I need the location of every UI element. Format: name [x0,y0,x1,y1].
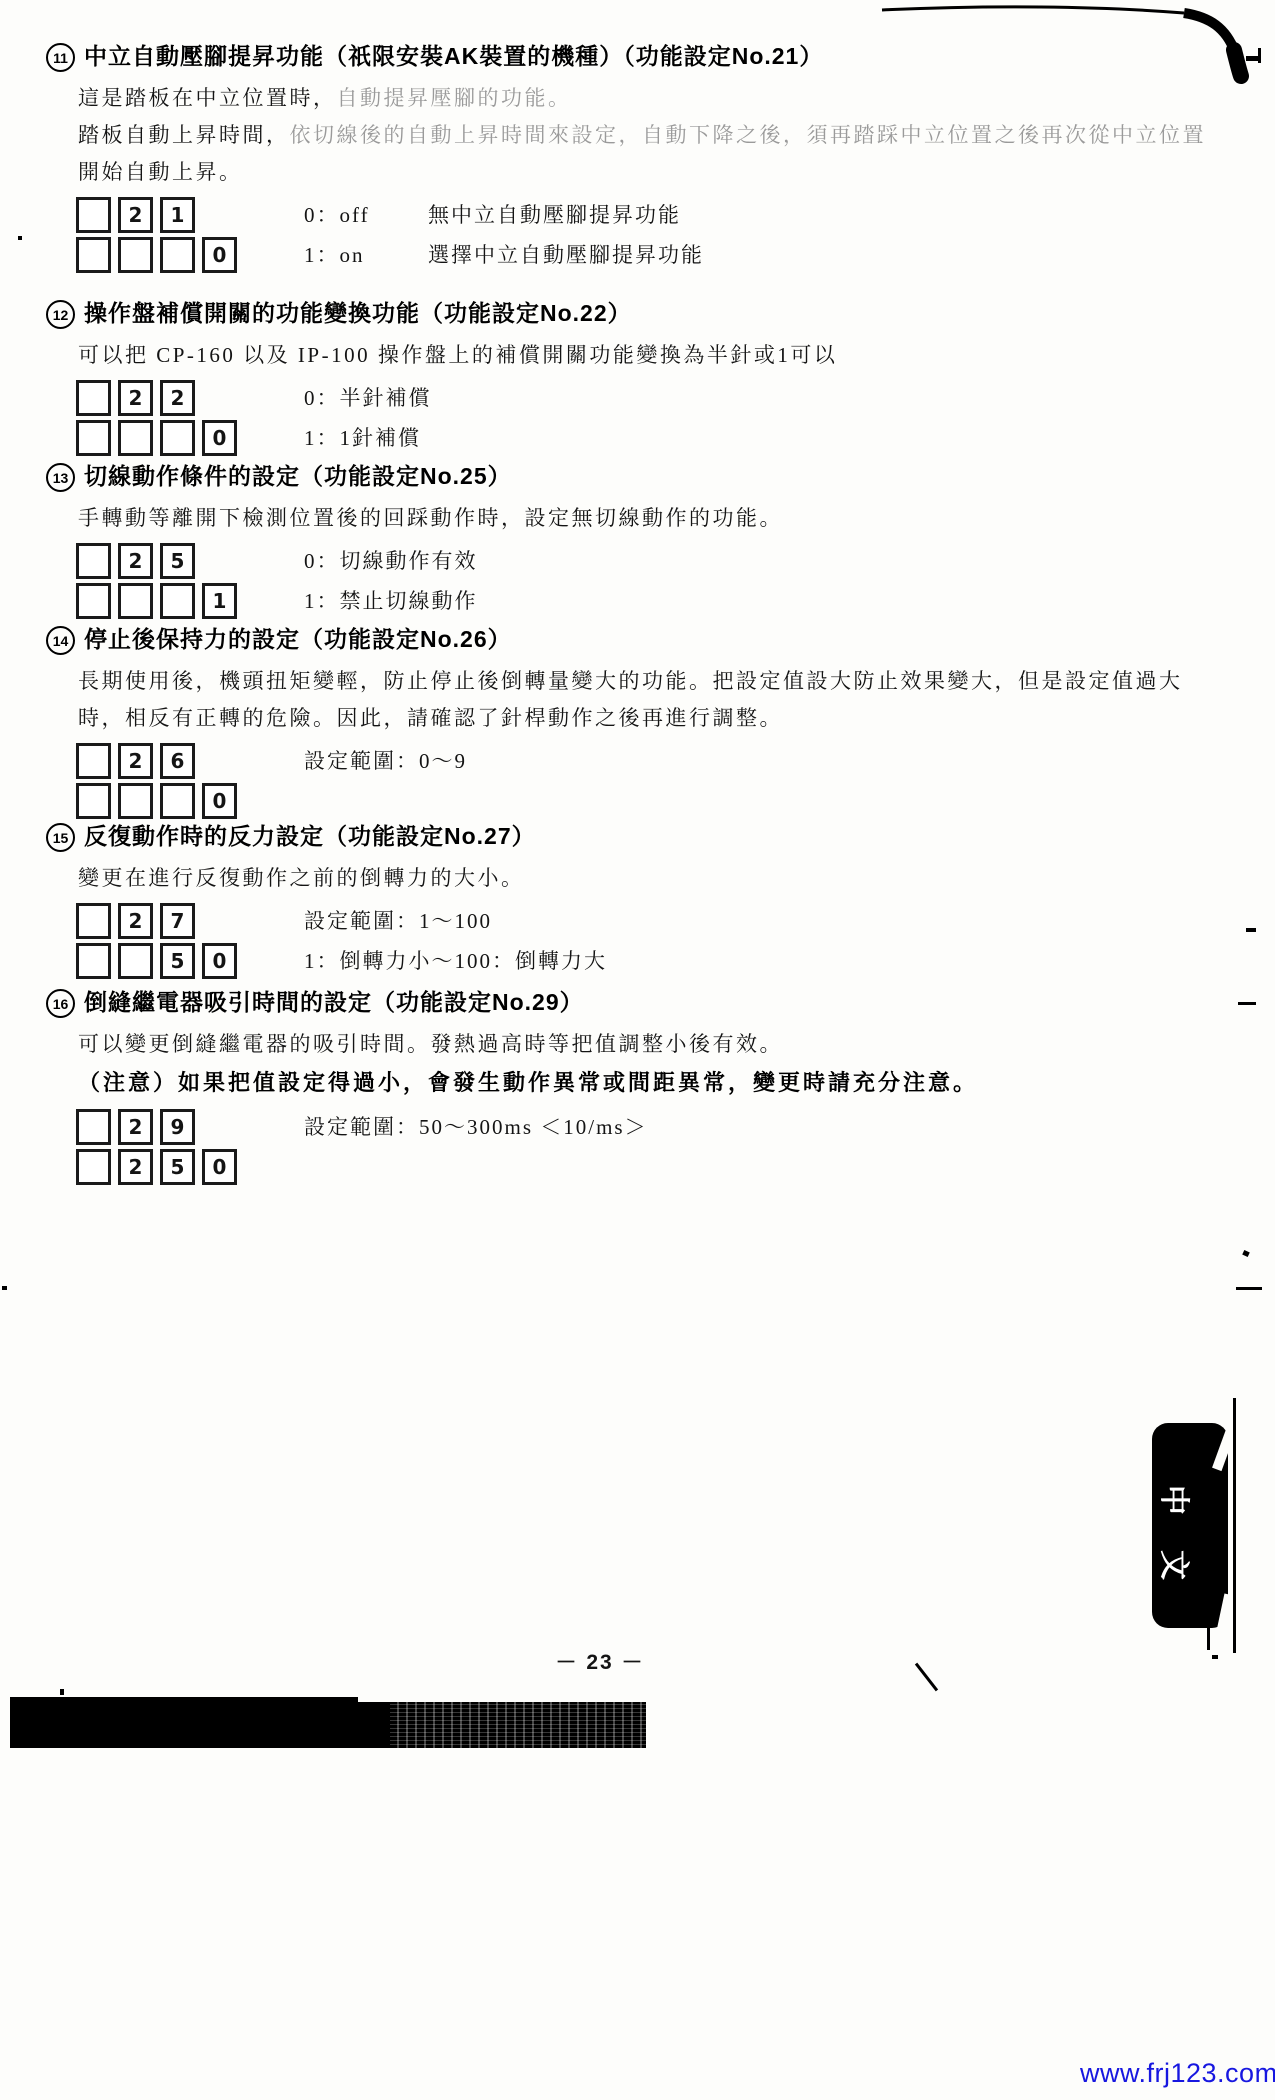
setting-row: 0 1：1針補償 [76,420,1261,454]
digit-box: 9 [160,1109,195,1145]
scan-speck [18,236,22,240]
body-text: 開始自動上昇。 [78,160,243,184]
body-text: 可以變更倒縫繼電器的吸引時間。發熱過高時等把值調整小後有效。 [78,1032,783,1056]
digit-box: 2 [118,380,153,416]
digit-box: 1 [160,197,195,233]
section-16: 16 倒縫繼電器吸引時間的設定（功能設定No.29） 可以變更倒縫繼電器的吸引時… [46,986,1261,1183]
digit-box [118,583,153,619]
section-body: 這是踏板在中立位置時，自動提昇壓腳的功能。 踏板自動上昇時間，依切線後的自動上昇… [78,80,1261,191]
section-title-text: 停止後保持力的設定（功能設定No.26） [84,623,512,655]
digit-box [118,943,153,979]
digit-box [118,420,153,456]
scan-speck [2,1286,7,1290]
setting-row: 21 0：off 無中立自動壓腳提昇功能 [76,197,1261,231]
digit-box [76,197,111,233]
watermark-link[interactable]: www.frj123.com [1080,2058,1275,2089]
section-title-text: 操作盤補償開關的功能變換功能（功能設定No.22） [84,297,632,329]
section-body: 可以變更倒縫繼電器的吸引時間。發熱過高時等把值調整小後有效。 [78,1026,1261,1063]
section-number-badge: 13 [46,463,75,492]
section-number-badge: 15 [46,823,75,852]
body-text: 變更在進行反復動作之前的倒轉力的大小。 [78,866,525,890]
setting-row: 25 0：切線動作有效 [76,543,1261,577]
setting-row: 50 1：倒轉力小～100：倒轉力大 [76,943,1261,977]
scan-speck [1242,1250,1250,1257]
digit-box [76,583,111,619]
body-text: 時，相反有正轉的危險。因此，請確認了針桿動作之後再進行調整。 [78,706,783,730]
faded-body-text: 自動提昇壓腳的功能。 [337,86,572,110]
setting-value-label: 設定範圍：0～9 [304,745,467,775]
caution-note: （注意）如果把值設定得過小，會發生動作異常或間距異常，變更時請充分注意。 [78,1063,1261,1103]
setting-row: 0 1：on 選擇中立自動壓腳提昇功能 [76,237,1261,271]
scan-stray-mark [915,1663,938,1692]
scan-speck [1236,1287,1262,1290]
section-13: 13 切線動作條件的設定（功能設定No.25） 手轉動等離開下檢測位置後的回踩動… [46,460,1261,617]
scan-speck [1212,1655,1218,1659]
digit-box [76,783,111,819]
body-text: 可以把 CP-160 以及 IP-100 操作盤上的補償開關功能變換為半針或1可… [78,343,837,367]
setting-value-label: 1：on [304,239,365,269]
setting-value-label: 設定範圍：1～100 [304,905,492,935]
digit-box: 5 [160,1149,195,1185]
digit-box [76,420,111,456]
section-title-text: 切線動作條件的設定（功能設定No.25） [84,460,512,492]
setting-row: 22 0：半針補償 [76,380,1261,414]
digit-box [118,237,153,273]
setting-row: 27 設定範圍：1～100 [76,903,1261,937]
scanned-manual-page: 11 中立自動壓腳提昇功能（祇限安裝AK裝置的機種）（功能設定No.21） 這是… [0,0,1275,2100]
digit-box: 6 [160,743,195,779]
section-title-text: 中立自動壓腳提昇功能（祇限安裝AK裝置的機種）（功能設定No.21） [84,40,823,72]
digit-box [76,543,111,579]
setting-row: 26 設定範圍：0～9 [76,743,1261,777]
body-text: 這是踏板在中立位置時， [78,86,337,110]
digit-box [160,237,195,273]
section-number-badge: 14 [46,626,75,655]
digit-box [160,583,195,619]
section-title: 13 切線動作條件的設定（功能設定No.25） [46,460,1261,492]
digit-box: 0 [202,1149,237,1185]
digit-box [76,237,111,273]
digit-box: 2 [118,197,153,233]
digit-box: 2 [118,543,153,579]
digit-box [118,783,153,819]
section-title: 12 操作盤補償開關的功能變換功能（功能設定No.22） [46,297,1261,329]
scan-bottom-bar [10,1702,646,1748]
digit-box: 1 [202,583,237,619]
scan-bar-noise [390,1702,646,1748]
digit-box: 0 [202,237,237,273]
digit-box: 2 [118,743,153,779]
section-title: 11 中立自動壓腳提昇功能（祇限安裝AK裝置的機種）（功能設定No.21） [46,40,1261,72]
faded-body-text: 依切線後的自動上昇時間來設定，自動下降之後，須再踏踩中立位置之後再次從中立位置 [290,123,1207,147]
setting-value-label: 設定範圍：50～300ms ＜10/ms＞ [304,1111,648,1141]
digit-box [76,1109,111,1145]
digit-box [160,783,195,819]
section-title: 16 倒縫繼電器吸引時間的設定（功能設定No.29） [46,986,1261,1018]
body-text: 踏板自動上昇時間， [78,123,290,147]
section-number-badge: 11 [46,43,75,72]
setting-value-label: 0：半針補償 [304,382,432,412]
setting-row: 29 設定範圍：50～300ms ＜10/ms＞ [76,1109,1261,1143]
section-title-text: 倒縫繼電器吸引時間的設定（功能設定No.29） [84,986,584,1018]
setting-value-label: 1：1針補償 [304,422,421,452]
digit-box: 0 [202,943,237,979]
section-body: 手轉動等離開下檢測位置後的回踩動作時，設定無切線動作的功能。 [78,500,1261,537]
digit-box [76,903,111,939]
digit-box [76,1149,111,1185]
section-number-badge: 12 [46,300,75,329]
section-number-badge: 16 [46,989,75,1018]
section-11: 11 中立自動壓腳提昇功能（祇限安裝AK裝置的機種）（功能設定No.21） 這是… [46,40,1261,271]
scan-line [1233,1398,1236,1653]
chinese-language-side-tab: 中 文 [1152,1423,1228,1628]
body-text: 手轉動等離開下檢測位置後的回踩動作時，設定無切線動作的功能。 [78,506,783,530]
setting-value-label: 0：切線動作有效 [304,545,478,575]
digit-box [76,380,111,416]
digit-box: 0 [202,783,237,819]
page-number: － 23 － [520,1646,680,1676]
setting-value-label: 1：禁止切線動作 [304,585,478,615]
setting-row: 1 1：禁止切線動作 [76,583,1261,617]
setting-row: 250 [76,1149,1261,1183]
digit-box [160,420,195,456]
section-body: 變更在進行反復動作之前的倒轉力的大小。 [78,860,1261,897]
setting-value-desc: 無中立自動壓腳提昇功能 [428,199,681,229]
section-12: 12 操作盤補償開關的功能變換功能（功能設定No.22） 可以把 CP-160 … [46,297,1261,454]
body-text: 長期使用後，機頭扭矩變輕，防止停止後倒轉量變大的功能。把設定值設大防止效果變大，… [78,669,1183,693]
setting-value-label: 1：倒轉力小～100：倒轉力大 [304,945,607,975]
scan-speck [1207,1628,1210,1650]
digit-box: 2 [160,380,195,416]
digit-box: 0 [202,420,237,456]
section-title-text: 反復動作時的反力設定（功能設定No.27） [84,820,536,852]
digit-box [76,943,111,979]
digit-box: 2 [118,903,153,939]
section-title: 14 停止後保持力的設定（功能設定No.26） [46,623,1261,655]
digit-box: 2 [118,1109,153,1145]
scan-speck [60,1689,64,1695]
section-15: 15 反復動作時的反力設定（功能設定No.27） 變更在進行反復動作之前的倒轉力… [46,820,1261,977]
tab-char-zhong: 中 [1155,1485,1199,1515]
digit-box: 2 [118,1149,153,1185]
digit-box: 5 [160,943,195,979]
setting-value-label: 0：off [304,199,370,229]
setting-value-desc: 選擇中立自動壓腳提昇功能 [428,239,704,269]
setting-row: 0 [76,783,1261,817]
section-14: 14 停止後保持力的設定（功能設定No.26） 長期使用後，機頭扭矩變輕，防止停… [46,623,1261,817]
section-body: 長期使用後，機頭扭矩變輕，防止停止後倒轉量變大的功能。把設定值設大防止效果變大，… [78,663,1261,737]
digit-box [76,743,111,779]
section-title: 15 反復動作時的反力設定（功能設定No.27） [46,820,1261,852]
section-body: 可以把 CP-160 以及 IP-100 操作盤上的補償開關功能變換為半針或1可… [78,337,1261,374]
digit-box: 5 [160,543,195,579]
digit-box: 7 [160,903,195,939]
tab-char-wen: 文 [1155,1550,1199,1580]
scan-notch [1216,1594,1234,1637]
